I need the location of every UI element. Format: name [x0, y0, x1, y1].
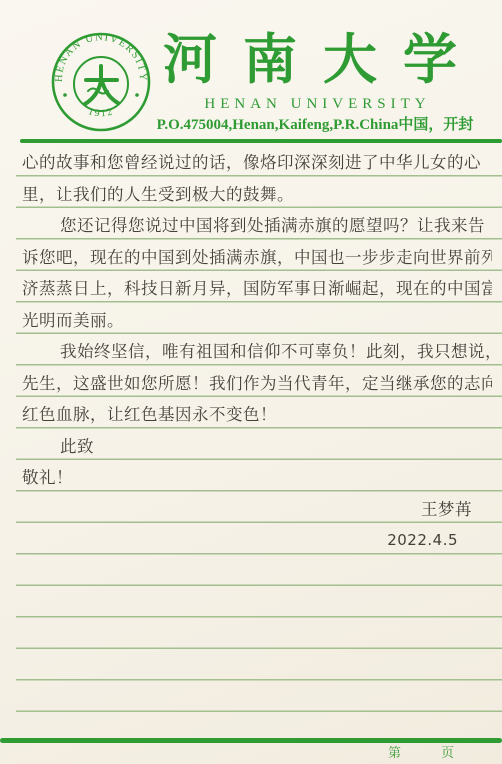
handwriting-line-5: 济蒸蒸日上，科技日新月异，国防军事日渐崛起，现在的中国富饶	[22, 275, 492, 302]
footer-page-suffix: 页	[441, 745, 454, 763]
handwriting-line-1: 心的故事和您曾经说过的话，像烙印深深刻进了中华儿女的心	[22, 149, 492, 176]
handwriting-line-7: 我始终坚信，唯有祖国和信仰不可辜负！此刻，我只想说，守常	[22, 338, 492, 365]
seal-monogram	[85, 66, 118, 104]
seal-left-star	[63, 93, 67, 97]
handwriting-line-6: 光明而美丽。	[22, 307, 492, 334]
handwriting-line-3: 您还记得您说过中国将到处插满赤旗的愿望吗？让我来告	[22, 212, 492, 239]
handwriting-line-8: 先生，这盛世如您所愿！我们作为当代青年，定当继承您的志向，赓续	[22, 370, 492, 397]
university-name-en: HENAN UNIVERSITY	[135, 96, 500, 113]
date: 2022.4.5	[22, 527, 492, 554]
university-name-cn: 河南大学	[163, 28, 495, 92]
letter-page: HENAN UNIVERSITY 1912 河南大学 HENAN UNIVERS…	[0, 0, 502, 764]
footer-page-prefix: 第	[388, 745, 401, 763]
handwriting-line-9: 红色血脉，让红色基因永不变色！	[22, 401, 492, 428]
handwriting-line-10-cizhi: 此致	[22, 433, 492, 460]
signature: 王梦苒	[22, 496, 492, 523]
address-line: P.O.475004,Henan,Kaifeng,P.R.China中国，开封	[128, 113, 502, 131]
header-rule	[20, 139, 502, 143]
handwriting-line-4: 诉您吧，现在的中国到处插满赤旗，中国也一步步走向世界前列，经	[22, 244, 492, 271]
footer-rule	[0, 738, 502, 743]
handwriting-line-2: 里，让我们的人生受到极大的鼓舞。	[22, 181, 492, 208]
handwriting-line-11-jingli: 敬礼！	[22, 464, 492, 491]
